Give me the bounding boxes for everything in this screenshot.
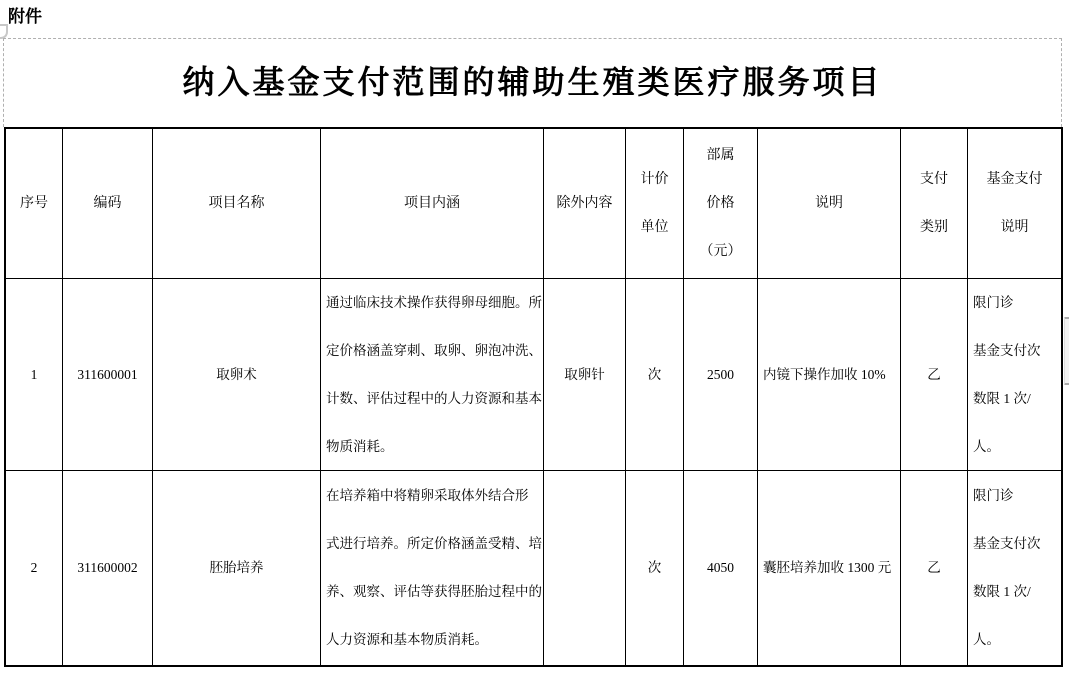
col-header-name: 项目名称	[153, 129, 320, 278]
col-header-excluded: 除外内容	[544, 129, 625, 278]
col-header-price: 部属 价格 （元）	[684, 129, 757, 278]
cell-row2-content: 在培养箱中将精卵采取体外结合形 式进行培养。所定价格涵盖受精、培 养、观察、评估…	[321, 471, 543, 665]
col-header-note: 说明	[758, 129, 900, 278]
cell-row1-unit: 次	[626, 279, 683, 470]
cell-row1-fund: 限门诊 基金支付次 数限 1 次/ 人。	[968, 279, 1061, 470]
cell-row2-unit: 次	[626, 471, 683, 665]
cell-row1-code: 311600001	[63, 279, 152, 470]
service-items-table: 序号 编码 项目名称 项目内涵 除外内容 计价 单位 部属 价格 （元） 说明 …	[4, 127, 1063, 667]
col-header-unit: 计价 单位	[626, 129, 683, 278]
title-frame: 纳入基金支付范围的辅助生殖类医疗服务项目	[3, 38, 1062, 127]
cell-row1-content: 通过临床技术操作获得卵母细胞。所 定价格涵盖穿刺、取卵、卵泡冲洗、 计数、评估过…	[321, 279, 543, 470]
cell-row2-price: 4050	[684, 471, 757, 665]
frame-corner-artifact	[0, 24, 8, 39]
col-header-content: 项目内涵	[321, 129, 543, 278]
cell-row1-seq: 1	[6, 279, 62, 470]
cell-row2-note: 囊胚培养加收 1300 元	[758, 471, 900, 665]
cell-row1-paytype: 乙	[901, 279, 967, 470]
cell-row2-excluded	[544, 471, 625, 665]
cell-row1-price: 2500	[684, 279, 757, 470]
col-header-fund: 基金支付 说明	[968, 129, 1061, 278]
cell-row1-excluded: 取卵针	[544, 279, 625, 470]
col-header-seq: 序号	[6, 129, 62, 278]
attachment-label: 附件	[8, 2, 42, 27]
cell-row2-seq: 2	[6, 471, 62, 665]
document-title: 纳入基金支付范围的辅助生殖类医疗服务项目	[182, 57, 882, 109]
cell-row2-paytype: 乙	[901, 471, 967, 665]
col-header-paytype: 支付 类别	[901, 129, 967, 278]
cell-row2-fund: 限门诊 基金支付次 数限 1 次/ 人。	[968, 471, 1061, 665]
cell-row1-note: 内镜下操作加收 10%	[758, 279, 900, 470]
scrollbar-thumb[interactable]	[1064, 317, 1069, 385]
cell-row1-name: 取卵术	[153, 279, 320, 470]
col-header-code: 编码	[63, 129, 152, 278]
cell-row2-code: 311600002	[63, 471, 152, 665]
cell-row2-name: 胚胎培养	[153, 471, 320, 665]
